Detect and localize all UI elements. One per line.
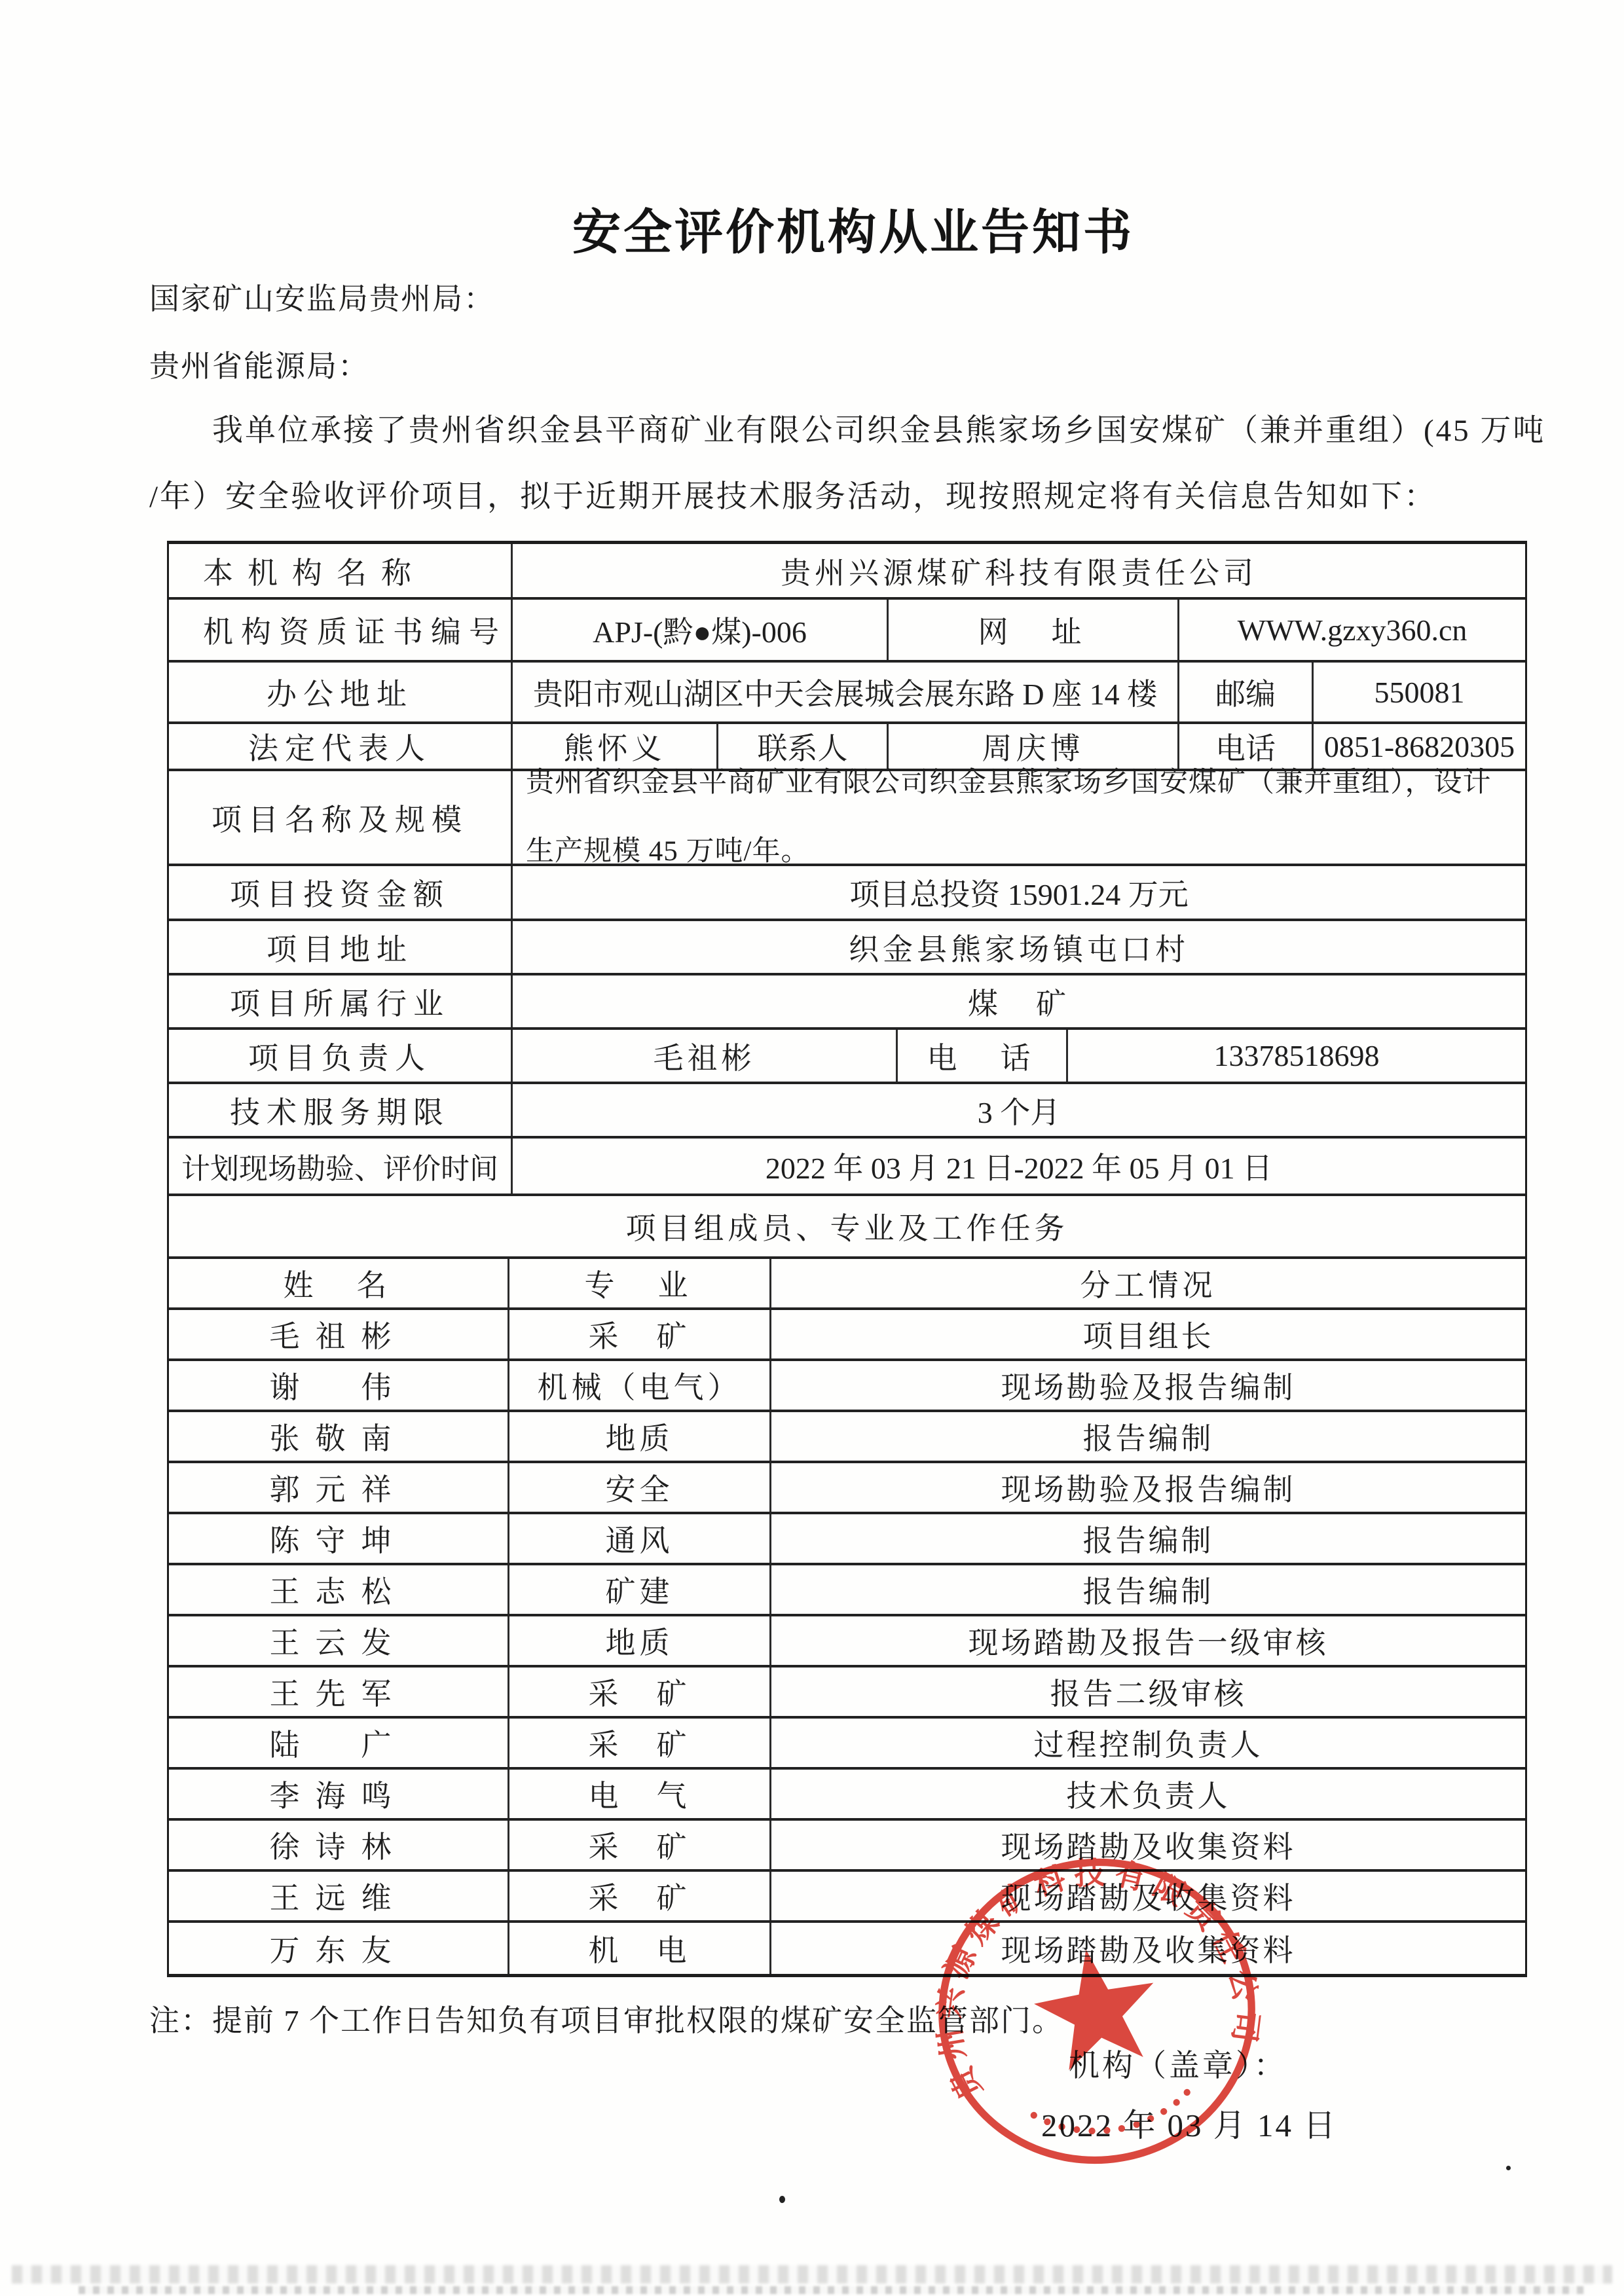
office-value-cell: 贵阳市观山湖区中天会展城会展东路 D 座 14 楼 [513,663,1179,721]
page-bleed-artifact [79,2286,1585,2294]
member-major-cell: 采 矿 [509,1310,771,1358]
member-duty-cell: 报告编制 [771,1514,1525,1563]
member-rows: 毛祖彬 采 矿 项目组长 谢 伟 机械（电气） 现场勘验及报告编制 张敬南 地质… [169,1310,1525,1974]
investment-value-cell: 项目总投资 15901.24 万元 [513,866,1525,919]
schedule-value-cell: 2022 年 03 月 21 日-2022 年 05 月 01 日 [513,1139,1525,1194]
schedule-label-cell: 计划现场勘验、评价时间 [169,1139,513,1194]
zip-label-cell: 邮编 [1179,663,1314,721]
row-team-header: 项目组成员、专业及工作任务 [169,1196,1525,1259]
intro-paragraph-line-1: 我单位承接了贵州省织金县平商矿业有限公司织金县熊家场乡国安煤矿（兼并重组）(45… [149,406,1577,450]
member-row: 谢 伟 机械（电气） 现场勘验及报告编制 [169,1361,1525,1412]
industry-label-cell: 项目所属行业 [169,975,513,1027]
member-name-cell: 徐诗林 [169,1821,509,1869]
member-row: 王云发 地质 现场踏勘及报告一级审核 [169,1616,1525,1667]
project-desc-cell: 贵州省织金县平商矿业有限公司织金县熊家场乡国安煤矿（兼并重组），设计生产规模 4… [513,749,1525,885]
company-seal-stamp: 贵州兴源煤矿科技有限责任公司 [902,1819,1291,2203]
member-duty-cell: 报告二级审核 [771,1667,1525,1716]
row-project-leader: 项目负责人 毛祖彬 电 话 13378518698 [169,1030,1525,1084]
address-label-cell: 项目地址 [169,921,513,973]
member-duty-cell: 报告编制 [771,1565,1525,1614]
row-schedule: 计划现场勘验、评价时间 2022 年 03 月 21 日-2022 年 05 月… [169,1139,1525,1196]
cert-label-cell: 机构资质证书编号 [169,600,513,660]
project-label-cell: 项目名称及规模 [169,771,513,864]
row-project-address: 项目地址 织金县熊家场镇屯口村 [169,921,1525,975]
leader-value-cell: 毛祖彬 [513,1030,898,1082]
website-value-cell: WWW.gzxy360.cn [1179,600,1525,660]
member-name-cell: 王志松 [169,1565,509,1614]
salutation-line-1: 国家矿山安监局贵州局： [149,275,495,318]
office-label-cell: 办公地址 [169,663,513,721]
member-major-cell: 安全 [509,1463,771,1512]
member-name-cell: 王云发 [169,1616,509,1665]
member-name-cell: 万东友 [169,1923,509,1974]
member-major-cell: 采 矿 [509,1872,771,1920]
member-row: 万东友 机 电 现场踏勘及收集资料 [169,1923,1525,1974]
member-name-cell: 李海鸣 [169,1770,509,1818]
member-duty-cell: 项目组长 [771,1310,1525,1358]
member-row: 张敬南 地质 报告编制 [169,1412,1525,1463]
leader-phone-value-cell: 13378518698 [1068,1030,1525,1082]
member-row: 郭元祥 安全 现场勘验及报告编制 [169,1463,1525,1514]
member-row: 陈守坤 通风 报告编制 [169,1514,1525,1565]
scan-speck [1506,2166,1511,2170]
member-duty-column-header: 分工情况 [771,1259,1525,1307]
member-duty-cell: 现场勘验及报告编制 [771,1361,1525,1410]
leader-label-cell: 项目负责人 [169,1030,513,1082]
org-name-label-cell: 本机构名称 [169,544,513,597]
member-name-cell: 毛祖彬 [169,1310,509,1358]
member-major-cell: 机 电 [509,1923,771,1974]
leader-phone-label-cell: 电 话 [898,1030,1068,1082]
member-major-cell: 地质 [509,1616,771,1665]
duration-value-cell: 3 个月 [513,1084,1525,1136]
seal-star-icon [1026,1939,1166,2074]
page-bleed-artifact [12,2265,1612,2284]
member-name-column-header: 姓 名 [169,1259,509,1307]
member-major-cell: 采 矿 [509,1821,771,1869]
member-duty-cell: 现场踏勘及报告一级审核 [771,1616,1525,1665]
member-name-cell: 郭元祥 [169,1463,509,1512]
intro-paragraph-line-2: /年）安全验收评价项目，拟于近期开展技术服务活动，现按照规定将有关信息告知如下： [149,472,1577,516]
legal-rep-label-cell: 法定代表人 [169,724,513,769]
scan-speck [779,2196,785,2203]
member-name-cell: 张敬南 [169,1412,509,1461]
member-name-cell: 王远维 [169,1872,509,1920]
salutation-line-2: 贵州省能源局： [149,342,369,386]
member-name-cell: 陈守坤 [169,1514,509,1563]
document-title: 安全评价机构从业告知书 [0,194,1624,263]
row-investment: 项目投资金额 项目总投资 15901.24 万元 [169,866,1525,921]
member-row: 徐诗林 采 矿 现场踏勘及收集资料 [169,1821,1525,1872]
zip-value-cell: 550081 [1314,663,1525,721]
member-major-cell: 采 矿 [509,1719,771,1767]
team-header-cell: 项目组成员、专业及工作任务 [169,1196,1525,1256]
member-name-cell: 王先军 [169,1667,509,1716]
row-office-address: 办公地址 贵阳市观山湖区中天会展城会展东路 D 座 14 楼 邮编 550081 [169,663,1525,724]
address-value-cell: 织金县熊家场镇屯口村 [513,921,1525,973]
project-info-table: 本机构名称 贵州兴源煤矿科技有限责任公司 机构资质证书编号 APJ-(黔●煤)-… [167,541,1527,1977]
row-cert-number: 机构资质证书编号 APJ-(黔●煤)-006 网 址 WWW.gzxy360.c… [169,600,1525,663]
member-major-column-header: 专 业 [509,1259,771,1307]
website-label-cell: 网 址 [889,600,1179,660]
row-org-name: 本机构名称 贵州兴源煤矿科技有限责任公司 [169,544,1525,600]
row-project-name-scale: 项目名称及规模 贵州省织金县平商矿业有限公司织金县熊家场乡国安煤矿（兼并重组），… [169,771,1525,866]
duration-label-cell: 技术服务期限 [169,1084,513,1136]
member-row: 王远维 采 矿 现场踏勘及收集资料 [169,1872,1525,1923]
member-row: 陆 广 采 矿 过程控制负责人 [169,1719,1525,1770]
row-service-duration: 技术服务期限 3 个月 [169,1084,1525,1139]
org-name-value-cell: 贵州兴源煤矿科技有限责任公司 [513,544,1525,597]
industry-value-cell: 煤 矿 [513,975,1525,1027]
member-duty-cell: 现场勘验及报告编制 [771,1463,1525,1512]
scanned-document-page: 安全评价机构从业告知书 国家矿山安监局贵州局： 贵州省能源局： 我单位承接了贵州… [0,0,1624,2296]
member-row: 王志松 矿建 报告编制 [169,1565,1525,1616]
member-name-cell: 谢 伟 [169,1361,509,1410]
member-row: 王先军 采 矿 报告二级审核 [169,1667,1525,1719]
member-major-cell: 矿建 [509,1565,771,1614]
member-major-cell: 采 矿 [509,1667,771,1716]
member-name-cell: 陆 广 [169,1719,509,1767]
cert-value-cell: APJ-(黔●煤)-006 [513,600,889,660]
member-duty-cell: 过程控制负责人 [771,1719,1525,1767]
member-duty-cell: 技术负责人 [771,1770,1525,1818]
row-industry: 项目所属行业 煤 矿 [169,975,1525,1030]
member-row: 毛祖彬 采 矿 项目组长 [169,1310,1525,1361]
member-row: 李海鸣 电 气 技术负责人 [169,1770,1525,1821]
member-major-cell: 机械（电气） [509,1361,771,1410]
row-member-columns: 姓 名 专 业 分工情况 [169,1259,1525,1310]
investment-label-cell: 项目投资金额 [169,866,513,919]
member-major-cell: 地质 [509,1412,771,1461]
member-major-cell: 电 气 [509,1770,771,1818]
member-major-cell: 通风 [509,1514,771,1563]
member-duty-cell: 报告编制 [771,1412,1525,1461]
